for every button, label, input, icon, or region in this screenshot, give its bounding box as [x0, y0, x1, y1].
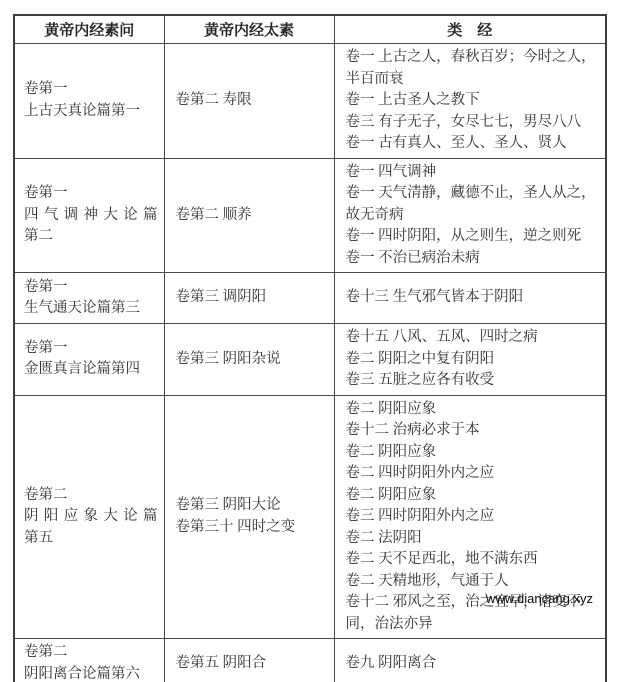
cell-suwen: 卷第一上古天真论篇第一 — [14, 44, 164, 159]
cell-taisu: 卷第二 顺养 — [164, 158, 334, 273]
cell-suwen: 卷第二阴阳离合论篇第六 — [14, 639, 164, 682]
header-suwen: 黄帝内经素问 — [14, 15, 164, 44]
cell-taisu: 卷第三 阴阳杂说 — [164, 324, 334, 396]
comparison-table: 黄帝内经素问 黄帝内经太素 类 经 卷第一上古天真论篇第一 卷第二 寿限 卷一 … — [13, 14, 607, 682]
page: 黄帝内经素问 黄帝内经太素 类 经 卷第一上古天真论篇第一 卷第二 寿限 卷一 … — [0, 0, 620, 682]
cell-leijing: 卷一 四气调神卷一 天气清静，藏德不止，圣人从之，故无奇病卷一 四时阴阳，从之则… — [334, 158, 606, 273]
header-leijing: 类 经 — [334, 15, 606, 44]
cell-suwen: 卷第二阴阳应象大论篇第五 — [14, 395, 164, 639]
site-watermark: www.diancang.xyz — [486, 591, 593, 606]
cell-taisu: 卷第五 阴阳合 — [164, 639, 334, 682]
cell-leijing: 卷十五 八风、五风、四时之病卷二 阴阳之中复有阴阳卷三 五脏之应各有收受 — [334, 324, 606, 396]
cell-suwen: 卷第一四气调神大论篇第二 — [14, 158, 164, 273]
cell-taisu: 卷第三 阴阳大论卷第三十 四时之变 — [164, 395, 334, 639]
cell-taisu: 卷第二 寿限 — [164, 44, 334, 159]
header-row: 黄帝内经素问 黄帝内经太素 类 经 — [14, 15, 606, 44]
cell-suwen: 卷第一生气通天论篇第三 — [14, 273, 164, 324]
cell-leijing: 卷一 上古之人，春秋百岁；今时之人，半百而衰卷一 上古圣人之教下卷三 有子无子，… — [334, 44, 606, 159]
cell-suwen: 卷第一金匮真言论篇第四 — [14, 324, 164, 396]
table-row: 卷第一四气调神大论篇第二 卷第二 顺养 卷一 四气调神卷一 天气清静，藏德不止，… — [14, 158, 606, 273]
cell-leijing: 卷九 阴阳离合 — [334, 639, 606, 682]
header-taisu: 黄帝内经太素 — [164, 15, 334, 44]
table-row: 卷第一上古天真论篇第一 卷第二 寿限 卷一 上古之人，春秋百岁；今时之人，半百而… — [14, 44, 606, 159]
cell-leijing: 卷十三 生气邪气皆本于阴阳 — [334, 273, 606, 324]
table-row: 卷第一生气通天论篇第三 卷第三 调阴阳 卷十三 生气邪气皆本于阴阳 — [14, 273, 606, 324]
table-row: 卷第二阴阳离合论篇第六 卷第五 阴阳合 卷九 阴阳离合 — [14, 639, 606, 682]
cell-taisu: 卷第三 调阴阳 — [164, 273, 334, 324]
table-row: 卷第一金匮真言论篇第四 卷第三 阴阳杂说 卷十五 八风、五风、四时之病卷二 阴阳… — [14, 324, 606, 396]
